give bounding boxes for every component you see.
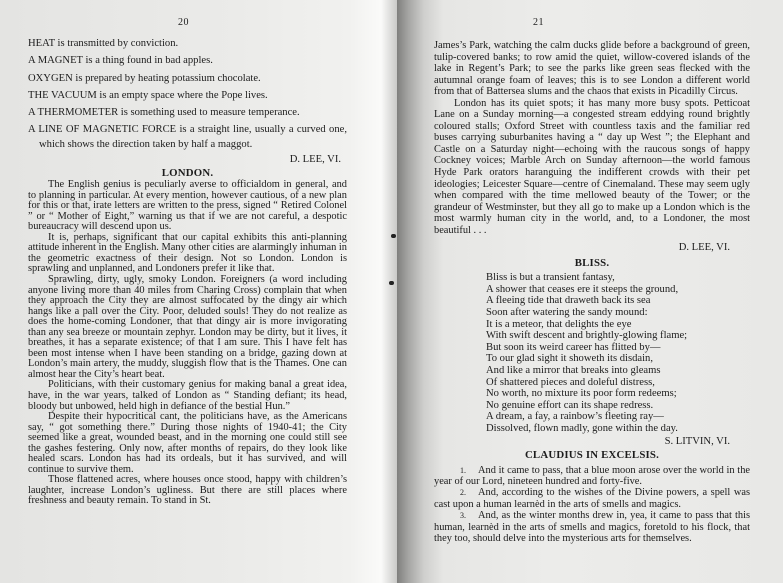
verse-text: And, as the winter months drew in, yea, … — [434, 510, 750, 544]
page-number: 21 — [533, 17, 544, 28]
paragraph: It is, perhaps, significant that our cap… — [28, 233, 347, 275]
poem-line: Dissolved, flown madly, gone within the … — [486, 423, 750, 435]
poem-stanza: Bliss is but a transient fantasy, A show… — [486, 272, 750, 434]
verse-number: 3. — [460, 510, 478, 521]
poem-title: BLISS. — [434, 257, 750, 270]
poem-line: And like a mirror that breaks into gleam… — [486, 365, 750, 377]
author-signature: D. LEE, VI. — [434, 241, 750, 255]
verse-number: 2. — [460, 487, 478, 498]
verse-item: 3.And, as the winter months drew in, yea… — [434, 510, 750, 544]
right-page: 21 James’s Park, watching the calm ducks… — [397, 0, 783, 583]
paragraph: The English genius is peculiarly averse … — [28, 180, 347, 233]
poem-line: It is a meteor, that delights the eye — [486, 319, 750, 331]
author-signature: D. LEE, VI. — [28, 153, 347, 167]
paragraph: Politicians, with their customary genius… — [28, 380, 347, 412]
poem-line: To our glad sight it showeth its disdain… — [486, 353, 750, 365]
poem-line: A shower that ceases ere it steeps the g… — [486, 284, 750, 296]
right-page-content: James’s Park, watching the calm ducks gl… — [434, 40, 750, 544]
paragraph: James’s Park, watching the calm ducks gl… — [434, 40, 750, 98]
poem-line: A dream, a fay, a rainbow’s fleeting ray… — [486, 411, 750, 423]
left-page: 20 HEAT is transmitted by conviction. A … — [0, 0, 397, 583]
book-spread: 20 HEAT is transmitted by conviction. A … — [0, 0, 783, 583]
definitions-list: HEAT is transmitted by conviction. A MAG… — [28, 37, 347, 152]
paragraph: Sprawling, dirty, ugly, smoky London. Fo… — [28, 275, 347, 380]
poem-line: A fleeing tide that draweth back its sea — [486, 295, 750, 307]
verses: 1.And it came to pass, that a blue moon … — [434, 465, 750, 545]
binding-staple — [391, 234, 396, 238]
paragraph: Despite their hypocritical cant, the pol… — [28, 412, 347, 475]
poem-line: But soon its weird career has flitted by… — [486, 342, 750, 354]
verse-text: And it came to pass, that a blue moon ar… — [434, 465, 750, 487]
poem-line: With swift descent and brightly-glowing … — [486, 330, 750, 342]
article-title: CLAUDIUS IN EXCELSIS. — [434, 449, 750, 462]
definition-item: A MAGNET is a thing found in bad apples. — [28, 54, 347, 68]
definition-item: THE VACUUM is an empty space where the P… — [28, 89, 347, 103]
verse-item: 1.And it came to pass, that a blue moon … — [434, 465, 750, 488]
article-body: The English genius is peculiarly averse … — [28, 180, 347, 507]
page-number: 20 — [178, 17, 189, 28]
paragraph: London has its quiet spots; it has many … — [434, 98, 750, 237]
article-continued: James’s Park, watching the calm ducks gl… — [434, 40, 750, 236]
verse-item: 2.And, according to the wishes of the Di… — [434, 487, 750, 510]
binding-staple — [389, 281, 394, 285]
definition-item: A LINE OF MAGNETIC FORCE is a straight l… — [28, 123, 347, 152]
left-page-content: HEAT is transmitted by conviction. A MAG… — [28, 37, 347, 507]
poem-line: No worth, no mixture its poor form redee… — [486, 388, 750, 400]
verse-number: 1. — [460, 465, 478, 476]
paragraph: Those flattened acres, where houses once… — [28, 475, 347, 507]
verse-text: And, according to the wishes of the Divi… — [434, 487, 750, 509]
definition-item: OXYGEN is prepared by heating potassium … — [28, 72, 347, 86]
poem-line: Soon after watering the sandy mound: — [486, 307, 750, 319]
poem-line: Bliss is but a transient fantasy, — [486, 272, 750, 284]
author-signature: S. LITVIN, VI. — [434, 435, 750, 449]
definition-item: HEAT is transmitted by conviction. — [28, 37, 347, 51]
poem-line: Of shattered pieces and doleful distress… — [486, 377, 750, 389]
poem-line: No genuine effort can its shape redress. — [486, 400, 750, 412]
definition-item: A THERMOMETER is something used to measu… — [28, 106, 347, 120]
